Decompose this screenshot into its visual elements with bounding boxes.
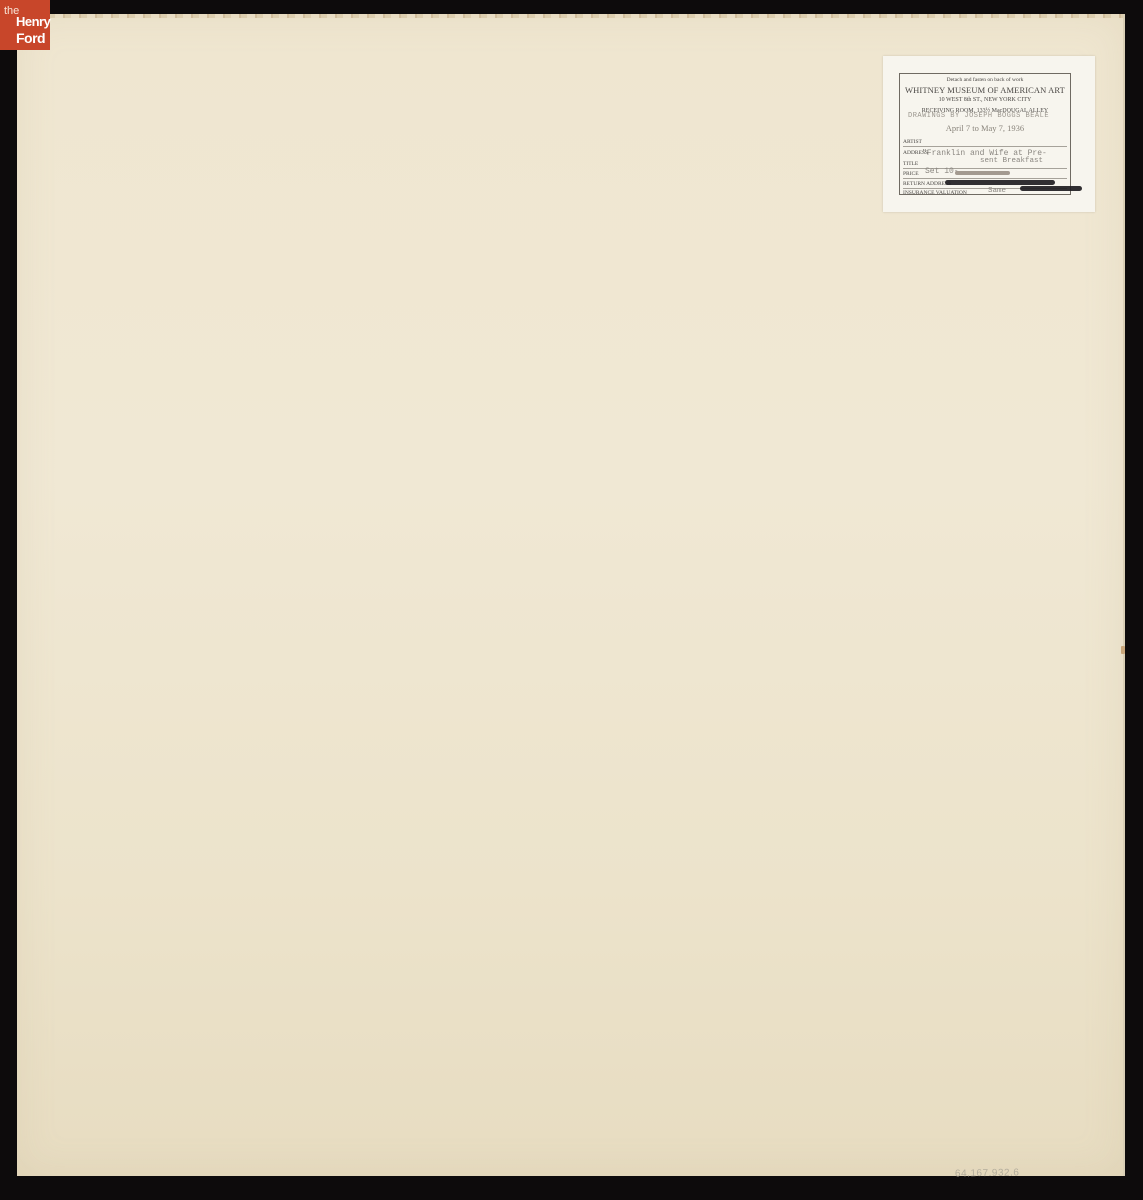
- board-edge-tab: [1121, 646, 1125, 654]
- board-top-edge: [17, 14, 1123, 18]
- henry-ford-logo: the Henry Ford: [0, 0, 50, 50]
- label-instruction: Detach and fasten on back of work: [900, 77, 1070, 83]
- typed-price: Set 10-: [925, 167, 959, 176]
- typed-title-line2: sent Breakfast: [980, 157, 1043, 165]
- field-insurance: INSURANCE VALUATION: [903, 186, 1067, 197]
- label-frame: Detach and fasten on back of work WHITNE…: [899, 73, 1071, 195]
- accession-number: 64.167.932.6: [955, 1167, 1020, 1179]
- typed-insurance: Same: [988, 187, 1006, 195]
- exhibition-label: Detach and fasten on back of work WHITNE…: [883, 56, 1095, 212]
- label-museum-name: WHITNEY MUSEUM OF AMERICAN ART: [900, 85, 1070, 95]
- return-address-strikeout: [945, 180, 1055, 185]
- label-museum-address: 10 WEST 8th ST., NEW YORK CITY: [900, 97, 1070, 103]
- typed-exhibition: DRAWINGS BY JOSEPH BOGGS BEALE: [908, 112, 1049, 120]
- typed-dates: April 7 to May 7, 1936: [900, 123, 1070, 133]
- logo-henry: Henry: [16, 15, 50, 28]
- logo-ford: Ford: [16, 31, 45, 45]
- price-strikeout: [955, 171, 1010, 175]
